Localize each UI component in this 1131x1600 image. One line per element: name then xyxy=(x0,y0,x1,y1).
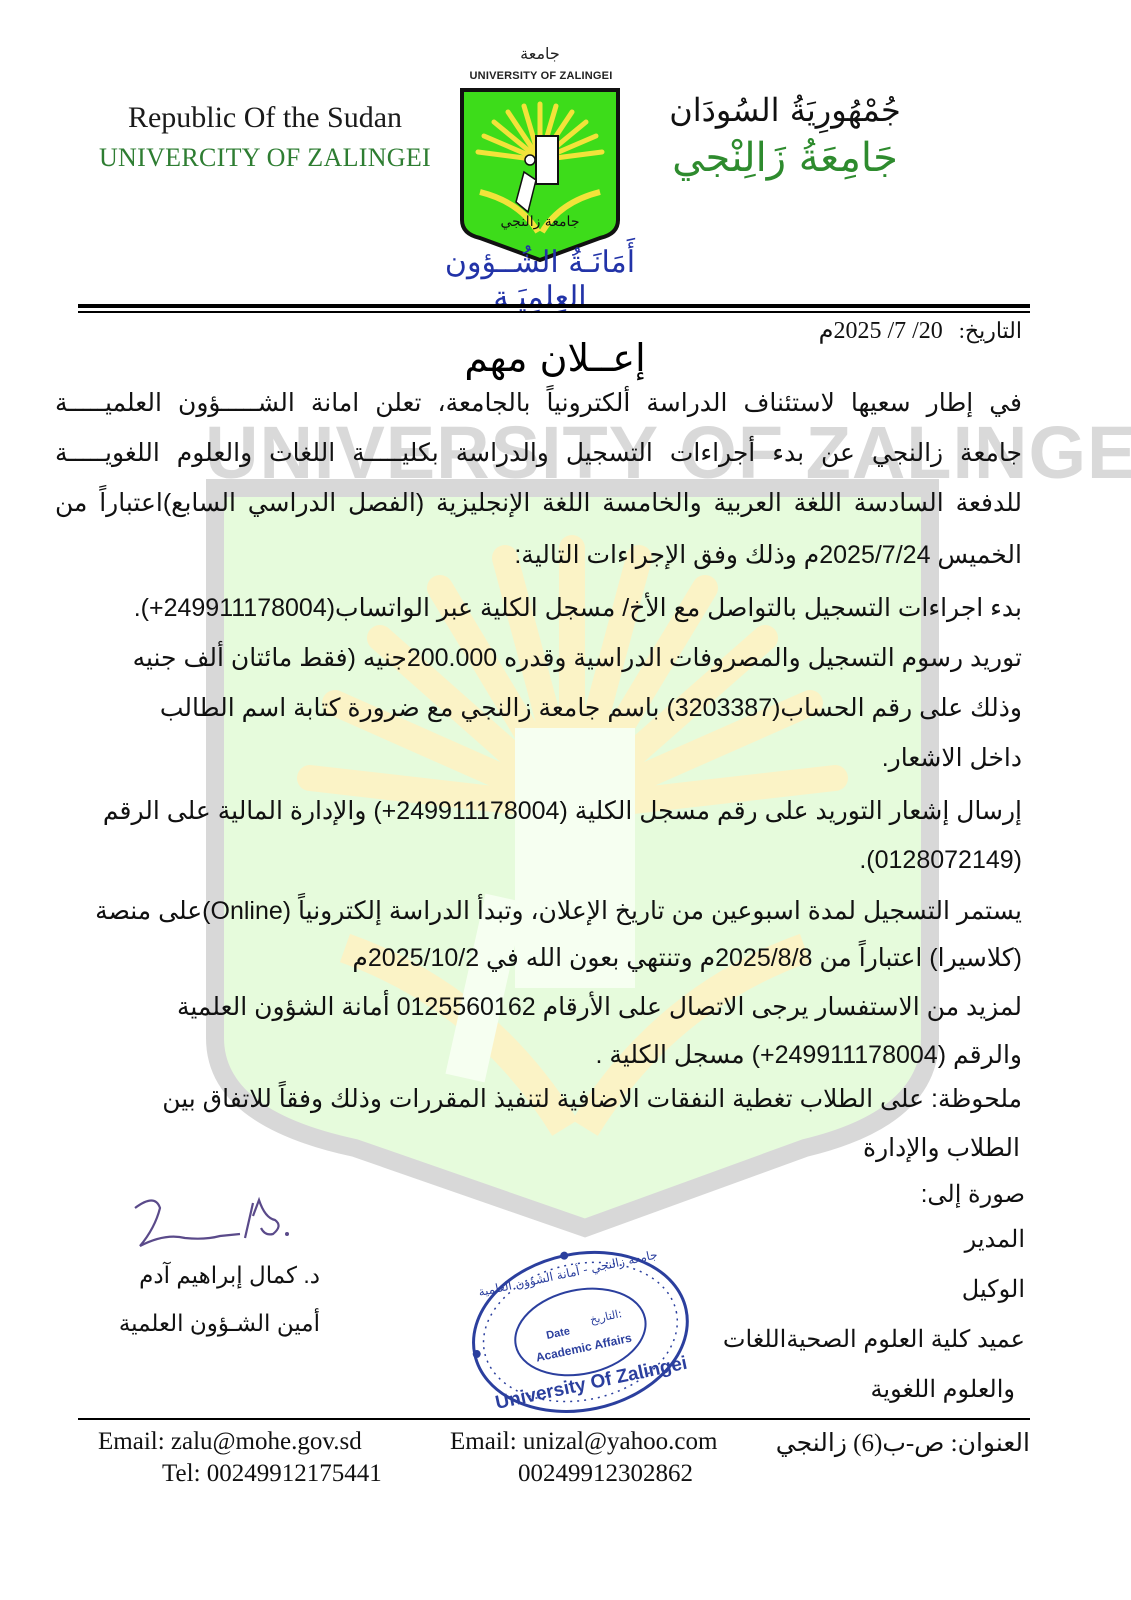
university-name-en: UNIVERCITY OF ZALINGEI xyxy=(80,138,450,178)
body-line: لمزيد من الاستفسار يرجى الاتصال على الأر… xyxy=(177,992,1022,1022)
footer-tel-2: 00249912302862 xyxy=(518,1460,693,1488)
university-name-ar: جَامِعَةُ زَالِنْجي xyxy=(640,132,930,184)
announcement-title: إعــلان مهم xyxy=(380,336,730,380)
signatory-position: أمين الشـؤون العلمية xyxy=(100,1310,320,1337)
footer-address: العنوان: ص-ب(6) زالنجي xyxy=(790,1428,1030,1458)
cc-recipient: الوكيل xyxy=(962,1275,1025,1304)
stamp-date-en: Date xyxy=(545,1325,571,1342)
date-label: التاريخ: xyxy=(959,318,1022,343)
signatory-name: د. كمال إبراهيم آدم xyxy=(110,1262,320,1289)
letterhead-arabic: جُمْهُورِيَةُ السُودَان جَامِعَةُ زَالِن… xyxy=(640,88,930,184)
body-line: داخل الاشعار. xyxy=(882,743,1022,773)
body-line: الطلاب والإدارة xyxy=(863,1133,1020,1163)
body-line: يستمر التسجيل لمدة اسبوعين من تاريخ الإع… xyxy=(95,896,1022,926)
header-divider xyxy=(78,304,1030,308)
signature-icon xyxy=(125,1188,295,1258)
country-name-ar: جُمْهُورِيَةُ السُودَان xyxy=(640,88,930,132)
body-line: ملحوظة: على الطلاب تغطية النفقات الاضافي… xyxy=(162,1084,1022,1114)
body-line: الخميس 2025/7/24م وذلك وفق الإجراءات الت… xyxy=(514,540,1022,570)
letterhead-english: Republic Of the Sudan UNIVERCITY OF ZALI… xyxy=(80,98,450,178)
footer-email-1[interactable]: Email: zalu@mohe.gov.sd xyxy=(98,1428,362,1456)
cc-recipient: المدير xyxy=(965,1225,1025,1254)
cc-label: صورة إلى: xyxy=(921,1180,1025,1209)
body-line: للدفعة السادسة اللغة العربية والخامسة ال… xyxy=(55,488,1022,518)
watermark-shield-icon xyxy=(205,478,940,1238)
stamp-ring-en: University Of Zalingei xyxy=(494,1353,689,1414)
date-value: 20/ 7/ 2025م xyxy=(819,318,943,344)
body-line: (كلاسيرا) اعتباراً من 2025/8/8م وتنتهي ب… xyxy=(352,943,1022,973)
body-line: وذلك على رقم الحساب(3203387) باسم جامعة … xyxy=(160,693,1022,723)
university-logo-icon: جامعة زالنجي xyxy=(450,42,630,262)
stamp-date-ar: التاريخ: xyxy=(589,1307,623,1326)
body-line: بدء اجراءات التسجيل بالتواصل مع الأخ/ مس… xyxy=(134,593,1022,623)
cc-recipient: عميد كلية العلوم الصحيةاللغات xyxy=(723,1325,1025,1354)
country-name-en: Republic Of the Sudan xyxy=(80,98,450,138)
body-line: إرسال إشعار التوريد على رقم مسجل الكلية … xyxy=(103,796,1022,826)
cc-recipient: والعلوم اللغوية xyxy=(871,1375,1015,1404)
footer-tel-1: Tel: 00249912175441 xyxy=(162,1460,382,1488)
footer-email-2[interactable]: Email: unizal@yahoo.com xyxy=(450,1428,717,1456)
official-stamp-icon: جامعة زالنجي - أمانة الشؤون العلمية Date… xyxy=(462,1240,698,1420)
body-line: (0128072149). xyxy=(859,846,1022,875)
body-line: والرقم (249911178004+) مسجل الكلية . xyxy=(595,1040,1022,1070)
body-line: جامعة زالنجي عن بدء أجراءات التسجيل والد… xyxy=(55,438,1022,468)
svg-text:جامعة زالنجي: جامعة زالنجي xyxy=(501,214,580,230)
footer-divider xyxy=(78,1418,1030,1420)
document-date: التاريخ: 20/ 7/ 2025م xyxy=(760,316,1022,345)
body-line: توريد رسوم التسجيل والمصروفات الدراسية و… xyxy=(133,643,1022,673)
header-divider-thin xyxy=(78,311,1030,313)
body-line: في إطار سعيها لاستئناف الدراسة ألكترونيا… xyxy=(55,388,1022,418)
